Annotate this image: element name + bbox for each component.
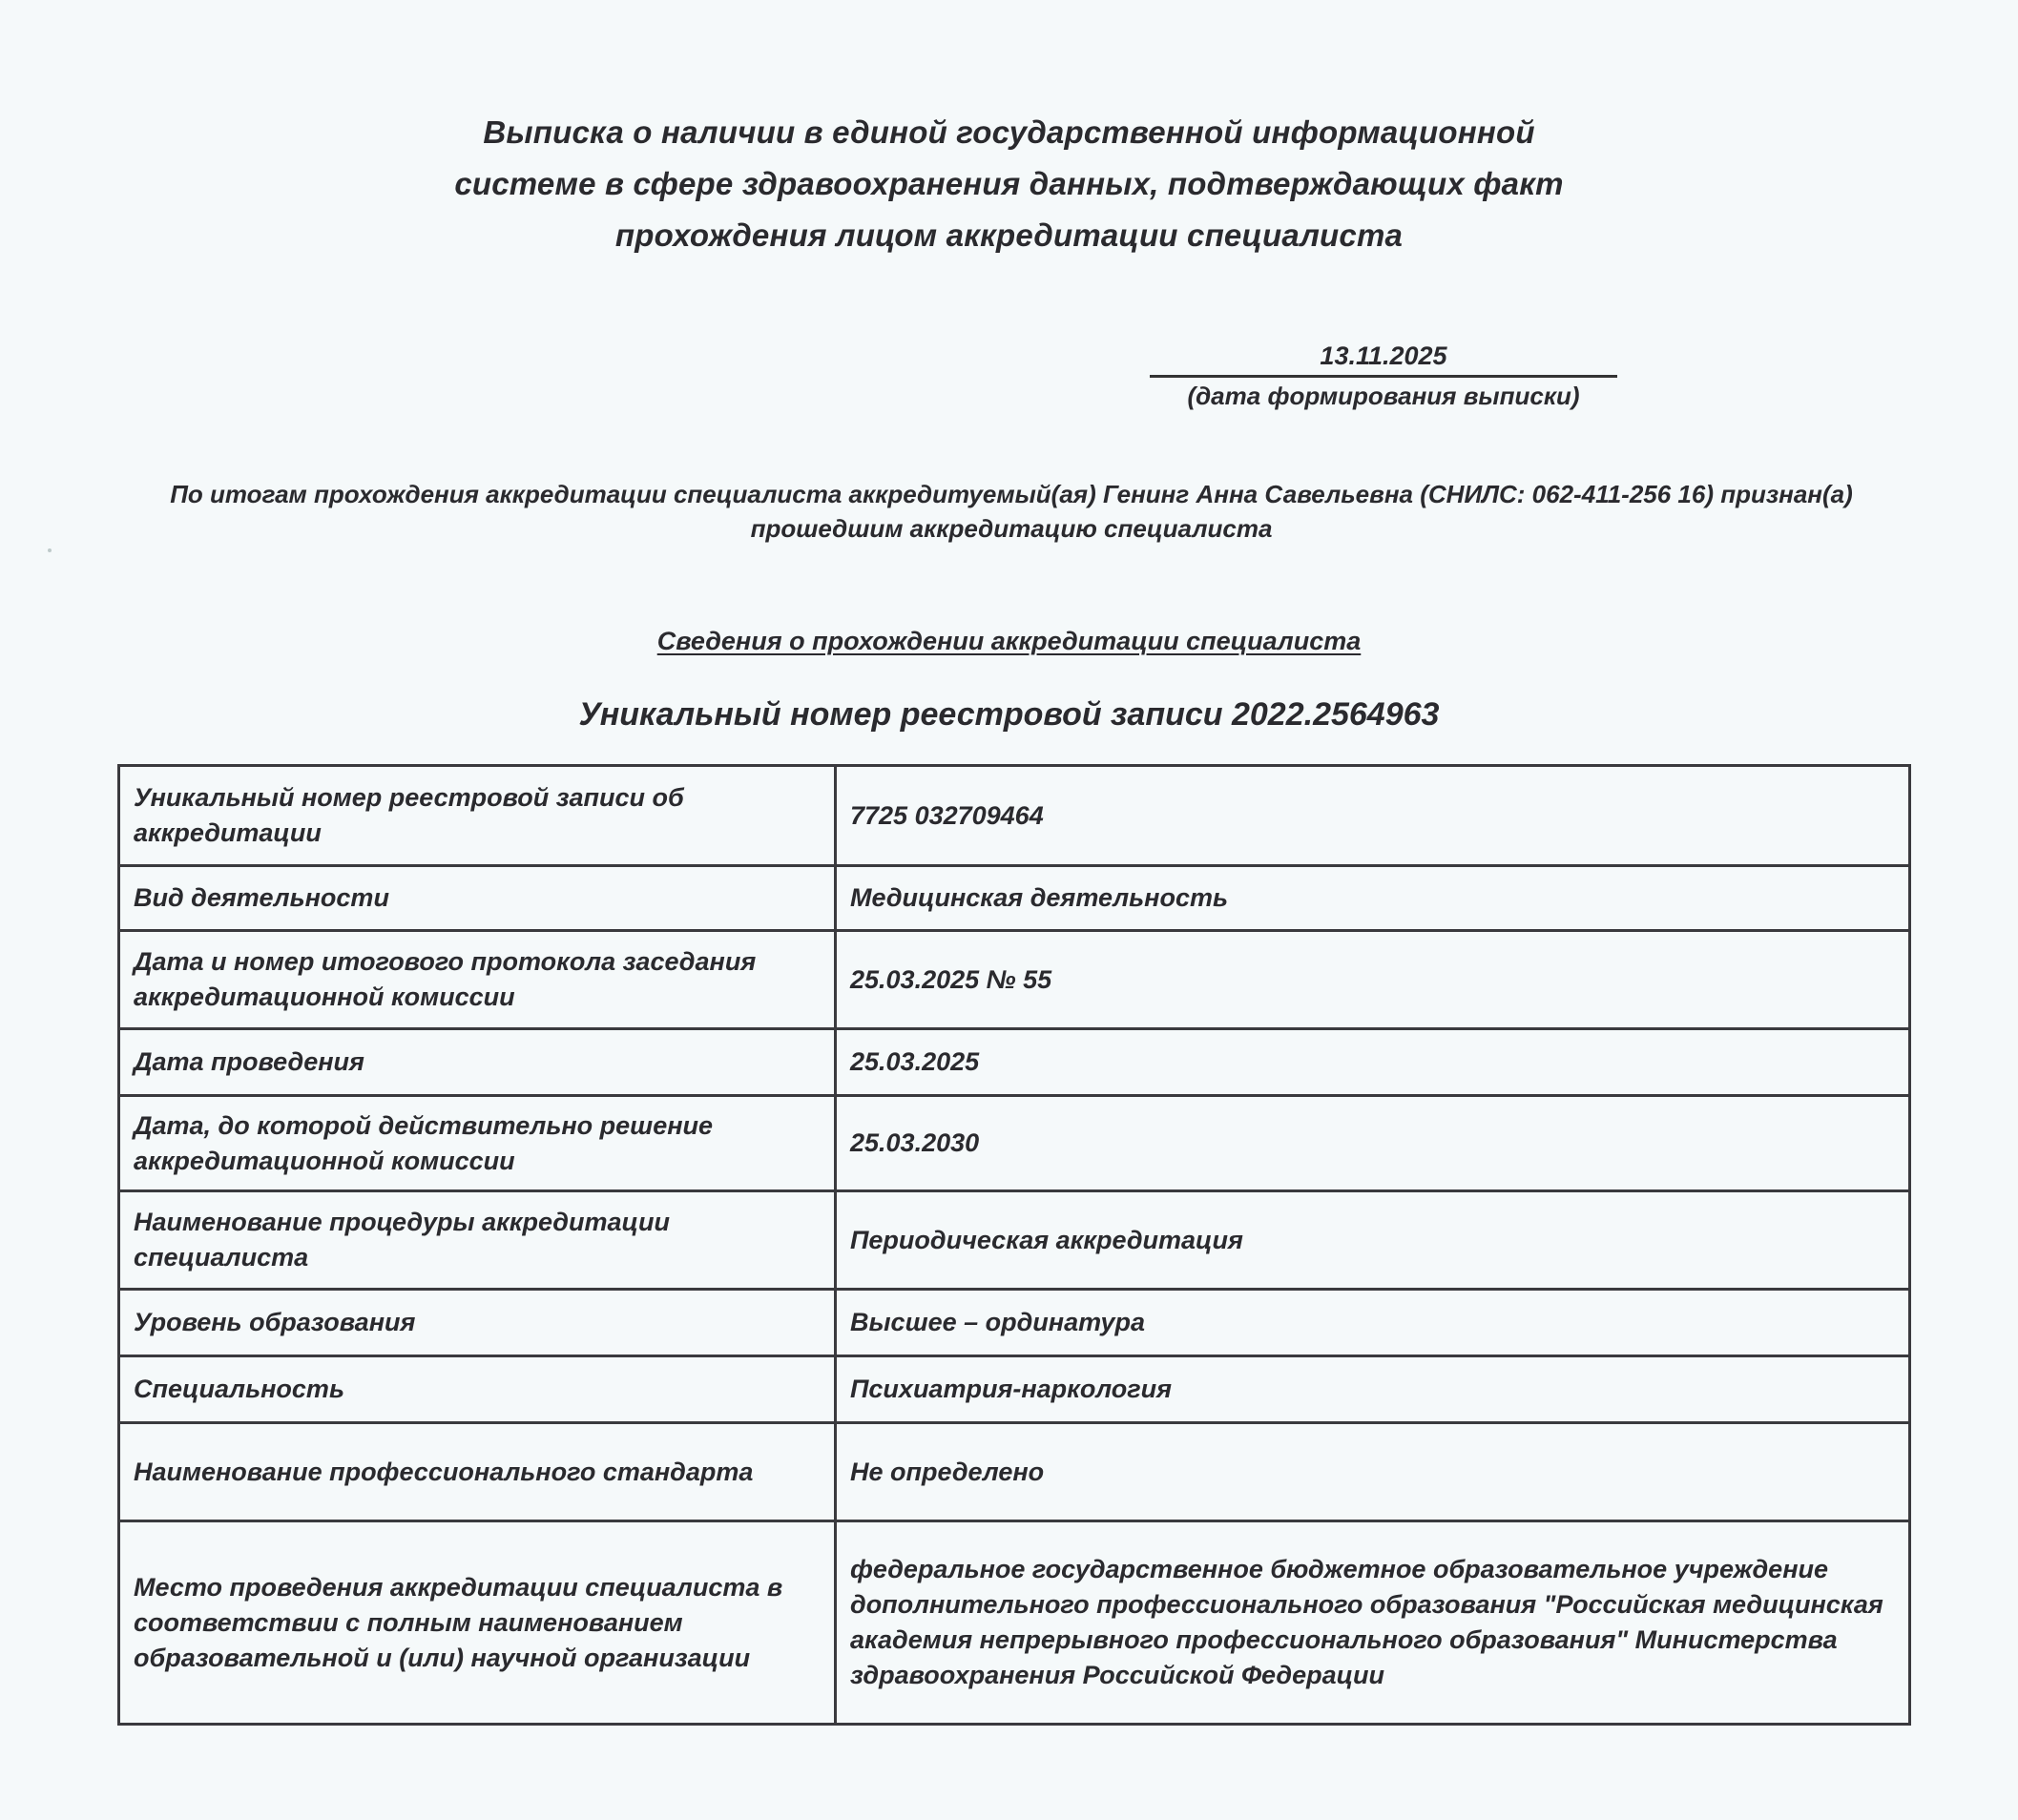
scan-speck	[48, 548, 52, 552]
row-label: Наименование профессионального стандарта	[119, 1423, 836, 1521]
table-row: Наименование профессионального стандарта…	[119, 1423, 1910, 1521]
document-title: Выписка о наличии в единой государственн…	[0, 107, 2018, 261]
row-value: 25.03.2025	[836, 1029, 1910, 1096]
table-row: Уникальный номер реестровой записи об ак…	[119, 766, 1910, 866]
formation-date-block: 13.11.2025 (дата формирования выписки)	[1150, 339, 1617, 412]
table-row: Место проведения аккредитации специалист…	[119, 1521, 1910, 1725]
table-row: Дата и номер итогового протокола заседан…	[119, 931, 1910, 1029]
registry-number-heading: Уникальный номер реестровой записи 2022.…	[0, 693, 2018, 735]
row-label: Дата и номер итогового протокола заседан…	[119, 931, 836, 1029]
row-label: Уровень образования	[119, 1290, 836, 1356]
table-row: Дата, до которой действительно решение а…	[119, 1096, 1910, 1191]
table-row: Уровень образования Высшее – ординатура	[119, 1290, 1910, 1356]
row-value: Высшее – ординатура	[836, 1290, 1910, 1356]
row-label: Специальность	[119, 1356, 836, 1423]
row-value: Психиатрия-наркология	[836, 1356, 1910, 1423]
document-title-line: системе в сфере здравоохранения данных, …	[0, 158, 2018, 210]
row-value: 7725 032709464	[836, 766, 1910, 866]
accreditation-info-table: Уникальный номер реестровой записи об ак…	[117, 764, 1911, 1726]
row-label: Вид деятельности	[119, 866, 836, 931]
row-label: Наименование процедуры аккредитации спец…	[119, 1191, 836, 1290]
document-title-line: прохождения лицом аккредитации специалис…	[0, 210, 2018, 261]
intro-statement: По итогам прохождения аккредитации специ…	[114, 477, 1908, 546]
formation-date: 13.11.2025	[1150, 339, 1617, 378]
row-label: Уникальный номер реестровой записи об ак…	[119, 766, 836, 866]
row-value: Периодическая аккредитация	[836, 1191, 1910, 1290]
row-value: Медицинская деятельность	[836, 866, 1910, 931]
table-row: Специальность Психиатрия-наркология	[119, 1356, 1910, 1423]
row-label: Дата, до которой действительно решение а…	[119, 1096, 836, 1191]
row-value: 25.03.2025 № 55	[836, 931, 1910, 1029]
section-title-text: Сведения о прохождении аккредитации спец…	[657, 627, 1362, 655]
row-label: Место проведения аккредитации специалист…	[119, 1521, 836, 1725]
section-title: Сведения о прохождении аккредитации спец…	[0, 624, 2018, 658]
row-value: 25.03.2030	[836, 1096, 1910, 1191]
document-title-line: Выписка о наличии в единой государственн…	[0, 107, 2018, 158]
table-row: Дата проведения 25.03.2025	[119, 1029, 1910, 1096]
row-value: федеральное государственное бюджетное об…	[836, 1521, 1910, 1725]
row-label: Дата проведения	[119, 1029, 836, 1096]
formation-date-caption: (дата формирования выписки)	[1150, 380, 1617, 412]
table-row: Вид деятельности Медицинская деятельност…	[119, 866, 1910, 931]
row-value: Не определено	[836, 1423, 1910, 1521]
table-row: Наименование процедуры аккредитации спец…	[119, 1191, 1910, 1290]
